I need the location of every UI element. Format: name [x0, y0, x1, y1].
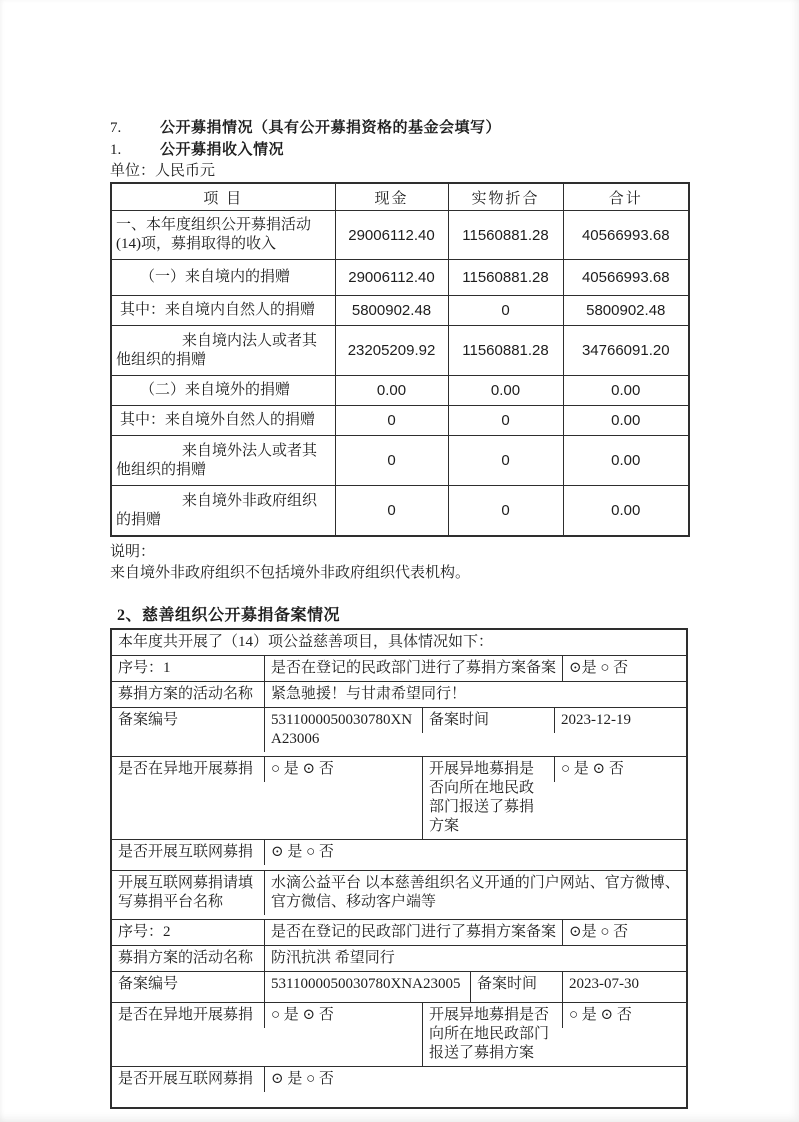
section-title: 公开募捐情况（具有公开募捐资格的基金会填写） [160, 117, 501, 139]
inkind-cell: 11560881.28 [448, 326, 563, 376]
filing-time-label: 备案时间 [422, 708, 554, 733]
total-cell: 0.00 [563, 376, 689, 406]
filing-number-label: 备案编号 [112, 708, 264, 733]
record1-platform-row: 开展互联网募捐请填写募捐平台名称 水滴公益平台 以本慈善组织名义开通的门户网站、… [112, 870, 686, 919]
cash-cell: 0 [335, 486, 448, 537]
platform-label: 开展互联网募捐请填写募捐平台名称 [112, 871, 264, 915]
filing-time-value: 2023-07-30 [562, 972, 686, 1002]
filing-section-title: 2、慈善组织公开募捐备案情况 [117, 604, 688, 628]
column-header-inkind: 实物折合 [448, 183, 563, 211]
cash-cell: 5800902.48 [335, 296, 448, 326]
filing-number-value: 5311000050030780XNA23005 [264, 972, 470, 1002]
currency-unit-label: 单位：人民币元 [110, 161, 688, 181]
item-cell: （一）来自境内的捐赠 [111, 260, 335, 296]
item-cell: 来自境外非政府组织的捐赠 [111, 486, 335, 537]
cash-cell: 29006112.40 [335, 260, 448, 296]
column-header-item: 项 目 [111, 183, 335, 211]
column-header-cash: 现金 [335, 183, 448, 211]
offsite-answer-radios: ○ 是 ⊙ 否 [264, 757, 422, 782]
total-cell: 34766091.20 [563, 326, 689, 376]
income-row-overseas-ngo: 来自境外非政府组织的捐赠 0 0 0.00 [111, 486, 689, 537]
offsite-report-answer-radios: ○ 是 ⊙ 否 [562, 1003, 686, 1028]
offsite-report-question: 开展异地募捐是否向所在地民政部门报送了募捐方案 [422, 1003, 562, 1066]
inkind-cell: 0 [448, 436, 563, 486]
total-cell: 5800902.48 [563, 296, 689, 326]
activity-name-label: 募捐方案的活动名称 [112, 946, 264, 971]
offsite-report-answer-radios: ○ 是 ⊙ 否 [554, 757, 686, 782]
internet-answer-radios: ⊙ 是 ○ 否 [264, 840, 686, 865]
serial-label: 序号：1 [112, 656, 264, 681]
platform-value: 水滴公益平台 以本慈善组织名义开通的门户网站、官方微博、官方微信、移动客户端等 [264, 871, 686, 915]
item-cell: 来自境内法人或者其他组织的捐赠 [111, 326, 335, 376]
income-row-domestic-individuals: 其中：来自境内自然人的捐赠 5800902.48 0 5800902.48 [111, 296, 689, 326]
item-cell: 其中：来自境内自然人的捐赠 [111, 296, 335, 326]
filing-answer-radios: ⊙是 ○ 否 [562, 920, 694, 945]
filing-question: 是否在登记的民政部门进行了募捐方案备案 [264, 656, 562, 681]
total-cell: 0.00 [563, 406, 689, 436]
inkind-cell: 11560881.28 [448, 260, 563, 296]
inkind-cell: 0 [448, 406, 563, 436]
filing-time-label: 备案时间 [470, 972, 562, 1002]
record1-filing-number-row: 备案编号 5311000050030780XNA23006 备案时间 2023-… [112, 707, 686, 756]
scanned-annual-report-page: 7. 公开募捐情况（具有公开募捐资格的基金会填写） 1. 公开募捐收入情况 单位… [0, 0, 799, 1122]
inkind-cell: 11560881.28 [448, 211, 563, 260]
offsite-label: 是否在异地开展募捐 [112, 1003, 264, 1028]
income-row-overseas-individuals: 其中：来自境外自然人的捐赠 0 0 0.00 [111, 406, 689, 436]
internet-label: 是否开展互联网募捐 [112, 1067, 264, 1092]
income-row-domestic: （一）来自境内的捐赠 29006112.40 11560881.28 40566… [111, 260, 689, 296]
item-cell: 来自境外法人或者其他组织的捐赠 [111, 436, 335, 486]
cash-cell: 0 [335, 406, 448, 436]
public-fundraising-income-table: 项 目 现金 实物折合 合计 一、本年度组织公开募捐活动(14)项，募捐取得的收… [110, 182, 690, 537]
total-cell: 40566993.68 [563, 211, 689, 260]
record2-filing-number-row: 备案编号 5311000050030780XNA23005 备案时间 2023-… [112, 971, 686, 1002]
subsection-title: 公开募捐收入情况 [160, 139, 284, 161]
filing-time-value: 2023-12-19 [554, 708, 686, 733]
income-row-domestic-organizations: 来自境内法人或者其他组织的捐赠 23205209.92 11560881.28 … [111, 326, 689, 376]
page-content: 7. 公开募捐情况（具有公开募捐资格的基金会填写） 1. 公开募捐收入情况 单位… [110, 117, 688, 1109]
record1-offsite-row: 是否在异地开展募捐 ○ 是 ⊙ 否 开展异地募捐是否向所在地民政部门报送了募捐方… [112, 756, 686, 839]
item-cell: 其中：来自境外自然人的捐赠 [111, 406, 335, 436]
income-row-overseas-organizations: 来自境外法人或者其他组织的捐赠 0 0 0.00 [111, 436, 689, 486]
filing-number-label: 备案编号 [112, 972, 264, 1002]
cash-cell: 23205209.92 [335, 326, 448, 376]
filing-intro-row: 本年度共开展了（14）项公益慈善项目，具体情况如下： [112, 630, 686, 655]
income-row-annual-total: 一、本年度组织公开募捐活动(14)项，募捐取得的收入 29006112.40 1… [111, 211, 689, 260]
offsite-label: 是否在异地开展募捐 [112, 757, 264, 782]
record1-serial-row: 序号：1 是否在登记的民政部门进行了募捐方案备案 ⊙是 ○ 否 [112, 655, 686, 681]
offsite-report-question: 开展异地募捐是否向所在地民政部门报送了募捐方案 [422, 757, 554, 839]
record1-activity-row: 募捐方案的活动名称 紧急驰援！与甘肃希望同行！ [112, 681, 686, 707]
record2-offsite-row: 是否在异地开展募捐 ○ 是 ⊙ 否 开展异地募捐是否向所在地民政部门报送了募捐方… [112, 1002, 686, 1066]
note-label: 说明： [110, 542, 688, 563]
record2-serial-row: 序号：2 是否在登记的民政部门进行了募捐方案备案 ⊙是 ○ 否 [112, 919, 686, 945]
subsection-heading: 1. 公开募捐收入情况 [110, 139, 688, 161]
item-cell: 一、本年度组织公开募捐活动(14)项，募捐取得的收入 [111, 211, 335, 260]
note-text: 来自境外非政府组织不包括境外非政府组织代表机构。 [110, 563, 688, 584]
income-table-header-row: 项 目 现金 实物折合 合计 [111, 183, 689, 211]
inkind-cell: 0.00 [448, 376, 563, 406]
internet-label: 是否开展互联网募捐 [112, 840, 264, 865]
filing-answer-radios: ⊙是 ○ 否 [562, 656, 694, 681]
section-heading: 7. 公开募捐情况（具有公开募捐资格的基金会填写） [110, 117, 688, 139]
income-row-overseas: （二）来自境外的捐赠 0.00 0.00 0.00 [111, 376, 689, 406]
cash-cell: 0 [335, 436, 448, 486]
total-cell: 0.00 [563, 486, 689, 537]
record2-activity-row: 募捐方案的活动名称 防汛抗洪 希望同行 [112, 945, 686, 971]
inkind-cell: 0 [448, 486, 563, 537]
filing-question: 是否在登记的民政部门进行了募捐方案备案 [264, 920, 562, 945]
total-cell: 0.00 [563, 436, 689, 486]
record1-internet-row: 是否开展互联网募捐 ⊙ 是 ○ 否 [112, 839, 686, 870]
section-number: 7. [110, 117, 160, 139]
cash-cell: 0.00 [335, 376, 448, 406]
offsite-answer-radios: ○ 是 ⊙ 否 [264, 1003, 422, 1028]
activity-name-label: 募捐方案的活动名称 [112, 682, 264, 707]
item-cell: （二）来自境外的捐赠 [111, 376, 335, 406]
record2-internet-row: 是否开展互联网募捐 ⊙ 是 ○ 否 [112, 1066, 686, 1107]
fundraising-filing-table: 本年度共开展了（14）项公益慈善项目，具体情况如下： 序号：1 是否在登记的民政… [110, 628, 688, 1109]
filing-number-value: 5311000050030780XNA23006 [264, 708, 422, 752]
activity-name-value: 紧急驰援！与甘肃希望同行！ [264, 682, 686, 707]
column-header-total: 合计 [563, 183, 689, 211]
serial-label: 序号：2 [112, 920, 264, 945]
activity-name-value: 防汛抗洪 希望同行 [264, 946, 686, 971]
cash-cell: 29006112.40 [335, 211, 448, 260]
subsection-number: 1. [110, 139, 160, 161]
filing-intro-text: 本年度共开展了（14）项公益慈善项目，具体情况如下： [112, 630, 686, 655]
total-cell: 40566993.68 [563, 260, 689, 296]
inkind-cell: 0 [448, 296, 563, 326]
internet-answer-radios: ⊙ 是 ○ 否 [264, 1067, 686, 1092]
